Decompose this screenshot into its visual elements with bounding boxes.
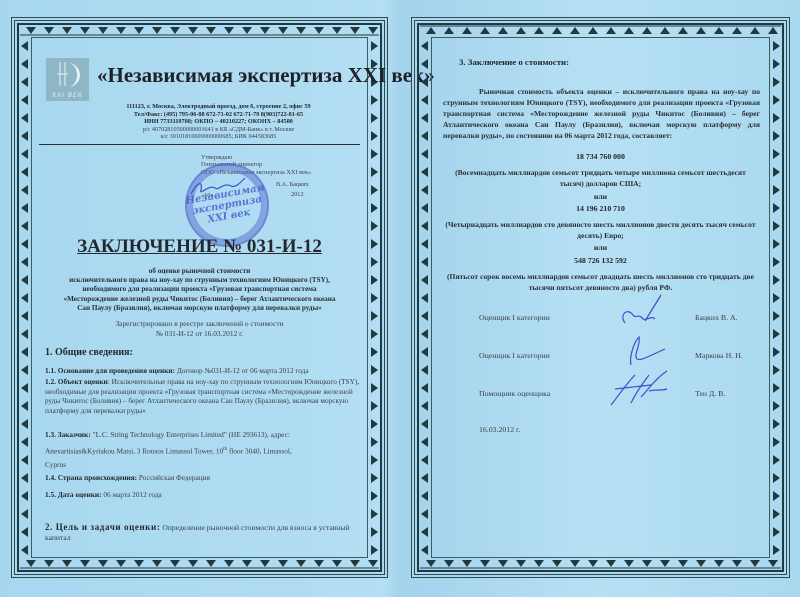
section-1-heading: 1. Общие сведения:: [45, 347, 133, 358]
frame-triangle-border-bottom: [420, 558, 781, 570]
subtitle-line: об оценке рыночной стоимости: [33, 267, 366, 276]
item-label: 1.3. Заказчик:: [45, 430, 91, 439]
or-separator: или: [437, 192, 764, 201]
org-phones: Тел/Факс: (495) 795-06-88 672-71-02 672-…: [75, 111, 362, 119]
frame-triangle-border-left: [19, 37, 31, 558]
logo-caption: XXI ВЕК: [46, 92, 89, 99]
logo-mark-icon: [46, 58, 89, 92]
report-date: 16.03.2012 г.: [479, 425, 520, 434]
document-title: ЗАКЛЮЧЕНИЕ № 031-И-12: [37, 236, 362, 258]
frame-triangle-border-right: [368, 37, 380, 558]
frame-triangle-border-top: [20, 25, 379, 37]
item-text: Российская Федерация: [137, 473, 210, 482]
org-corr-account: к/с 30101810600000000685; БИК 044583685: [75, 133, 362, 141]
item-label: 1.5. Дата оценки:: [45, 490, 102, 499]
subtitle-line: «Месторождение железной руды Чикитос (Бо…: [33, 295, 366, 304]
item-label: 1.1. Основание для проведения оценки:: [45, 366, 175, 375]
registration-line: Зарегистрировано в реестре заключений о …: [37, 319, 362, 329]
signatory-role: Оценщик I категории: [479, 351, 550, 360]
signature-icon: [605, 369, 685, 409]
or-separator: или: [437, 243, 764, 252]
frame-triangle-border-bottom: [20, 558, 379, 570]
item-text: 06 марта 2012 года: [102, 490, 162, 499]
frame-triangle-border-left: [419, 37, 431, 558]
amount-rub: 548 726 132 592: [437, 256, 764, 265]
signatory-row: Оценщик I категории Маркова Н. Н.: [437, 351, 764, 381]
hd-crescent-logo-icon: XXI ВЕК: [46, 58, 89, 101]
item-text: Anexartisias&Kyriakou Matsi, 3 Rousos Li…: [45, 446, 223, 455]
subtitle-line: необходимого для реализации проекта «Гру…: [33, 285, 366, 294]
organization-name: «Независимая экспертиза XXI век»: [97, 63, 435, 88]
amount-usd-words: (Восемнадцать миллиардов семьсот тридцат…: [445, 167, 756, 189]
signatory-role: Помощник оценщика: [479, 389, 550, 398]
document-subtitle: об оценке рыночной стоимости исключитель…: [33, 267, 366, 313]
item-label: 1.4. Страна происхождения:: [45, 473, 137, 482]
item-label: 1.2. Объект оценки: [45, 377, 108, 386]
item-text: floor 3040, Limassol,: [227, 446, 292, 455]
signatory-role: Оценщик I категории: [479, 313, 550, 322]
valuation-paragraph: Рыночная стоимость объекта оценки – искл…: [443, 86, 760, 141]
registration-line: № 031-И-12 от 16.03.2012 г.: [37, 329, 362, 339]
approval-name: В.А. Бацких: [276, 181, 309, 188]
amount-eur-words: (Четырнадцать миллиардов сто девяносто ш…: [445, 219, 756, 241]
org-account: р/с 40702810500000001641 в КБ «СДМ-Банк»…: [75, 126, 362, 134]
registration-note: Зарегистрировано в реестре заключений о …: [37, 319, 362, 338]
signatory-row: Оценщик I категории Бацких В. А.: [437, 313, 764, 343]
item-text: Договор №031-И-12 от 06 марта 2012 года: [175, 366, 309, 375]
item-1-3: 1.3. Заказчик: "L.C. String Technology E…: [45, 430, 360, 440]
item-text: Cyprus: [45, 460, 66, 469]
header-divider: [39, 144, 360, 145]
section-2-label: 2. Цель и задачи оценки:: [45, 522, 160, 532]
frame-triangle-border-top: [420, 25, 781, 37]
director-signature-icon: [187, 176, 247, 198]
item-1-3-country: Cyprus: [45, 460, 360, 470]
approval-year: 2012: [291, 191, 304, 198]
signatory-name: Маркова Н. Н.: [695, 351, 743, 360]
amount-rub-words: (Пятьсот сорок восемь миллиардов семьсот…: [445, 271, 756, 293]
item-1-3-address: Anexartisias&Kyriakou Matsi, 3 Rousos Li…: [45, 445, 360, 456]
item-1-2: 1.2. Объект оценки: Исключительные права…: [45, 377, 360, 415]
amount-eur: 14 196 210 710: [437, 204, 764, 213]
left-page-content: XXI ВЕК «Независимая экспертиза XXI век»…: [37, 41, 362, 554]
right-page: 3. Заключение о стоимости: Рыночная стои…: [411, 17, 790, 578]
item-1-4: 1.4. Страна происхождения: Российская Фе…: [45, 473, 360, 483]
org-address: 111123, г. Москва, Электродный проезд, д…: [75, 103, 362, 111]
signature-icon: [605, 331, 685, 371]
right-page-content: 3. Заключение о стоимости: Рыночная стои…: [437, 41, 764, 554]
signatory-name: Тен Д. В.: [695, 389, 725, 398]
item-1-1: 1.1. Основание для проведения оценки: До…: [45, 366, 360, 376]
organization-details: 111123, г. Москва, Электродный проезд, д…: [75, 103, 362, 141]
left-page: XXI ВЕК «Независимая экспертиза XXI век»…: [11, 17, 388, 578]
subtitle-line: Сан Паулу (Бразилия), включая морскую пл…: [33, 304, 366, 313]
approval-line-1: Утверждаю: [201, 154, 311, 161]
frame-triangle-border-right: [770, 37, 782, 558]
section-2: 2. Цель и задачи оценки: Определение рын…: [45, 523, 360, 542]
signatory-name: Бацких В. А.: [695, 313, 738, 322]
org-codes: ИНН 7733119708; ОКПО – 40210227; ОКОНХ –…: [75, 118, 362, 126]
item-text: "L.C. String Technology Enterprises Limi…: [91, 430, 290, 439]
signatory-row: Помощник оценщика Тен Д. В.: [437, 389, 764, 419]
amount-usd: 18 734 760 000: [437, 152, 764, 161]
section-3-heading: 3. Заключение о стоимости:: [459, 57, 569, 67]
signature-icon: [605, 293, 685, 333]
item-1-5: 1.5. Дата оценки: 06 марта 2012 года: [45, 490, 360, 500]
subtitle-line: исключительного права на ноу-хау по стру…: [33, 276, 366, 285]
